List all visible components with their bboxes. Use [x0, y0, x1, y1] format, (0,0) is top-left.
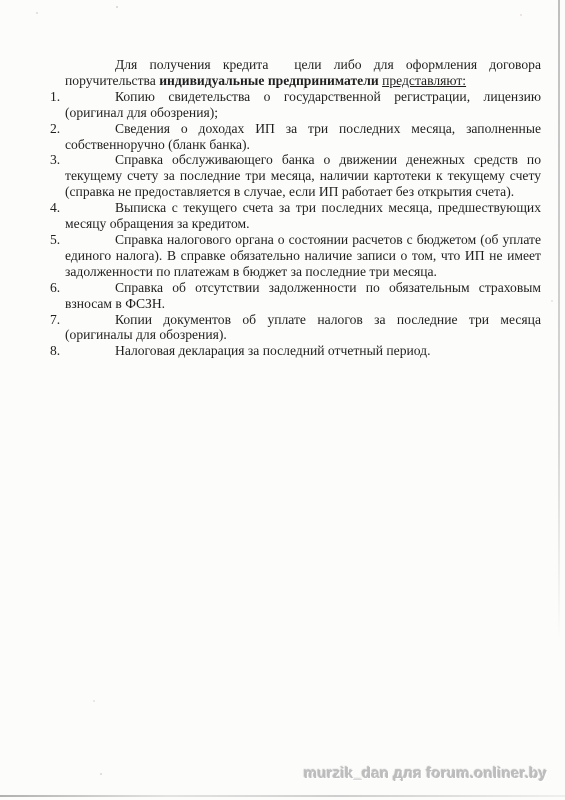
list-item-text: Налоговая декларация за последний отчетн… [65, 343, 541, 359]
intro-bold-text: индивидуальные предприниматели [159, 73, 378, 88]
intro-paragraph: Для получения кредита цели либо для офор… [65, 57, 541, 89]
document-page: Для получения кредита цели либо для офор… [0, 0, 565, 800]
list-item: 4. Выписка с текущего счета за три после… [65, 200, 541, 232]
list-item-text: Сведения о доходах ИП за три последних м… [65, 121, 541, 153]
list-item: 8. Налоговая декларация за последний отч… [65, 343, 541, 359]
list-item-number: 6. [50, 280, 60, 296]
intro-underlined-text: представляют: [382, 73, 466, 88]
list-item-text: Копию свидетельства о государственной ре… [65, 89, 541, 121]
list-item-number: 7. [50, 312, 60, 328]
scan-noise-specks [0, 0, 2, 2]
list-item: 3. Справка обслуживающего банка о движен… [65, 152, 541, 200]
scan-edge-right [558, 0, 560, 640]
list-item-number: 2. [50, 121, 60, 137]
list-item-text: Копии документов об уплате налогов за по… [65, 312, 541, 344]
list-item-text: Справка обслуживающего банка о движении … [65, 152, 541, 200]
list-item-text: Справка об отсутствии задолженности по о… [65, 280, 541, 312]
list-item-text: Выписка с текущего счета за три последни… [65, 200, 541, 232]
list-item-text: Справка налогового органа о состоянии ра… [65, 232, 541, 280]
list-item: 6. Справка об отсутствии задолженности п… [65, 280, 541, 312]
document-text-block: Для получения кредита цели либо для офор… [65, 57, 541, 359]
scan-edge-bottom [0, 795, 565, 797]
list-item: 2. Сведения о доходах ИП за три последни… [65, 121, 541, 153]
list-item: 7. Копии документов об уплате налогов за… [65, 312, 541, 344]
list-item-number: 3. [50, 152, 60, 168]
list-item-number: 5. [50, 232, 60, 248]
list-item-number: 4. [50, 200, 60, 216]
watermark: murzik_dan для forum.onliner.by [304, 765, 547, 782]
list-item-number: 1. [50, 89, 60, 105]
list-item: 1. Копию свидетельства о государственной… [65, 89, 541, 121]
list-item: 5. Справка налогового органа о состоянии… [65, 232, 541, 280]
list-item-number: 8. [50, 343, 60, 359]
